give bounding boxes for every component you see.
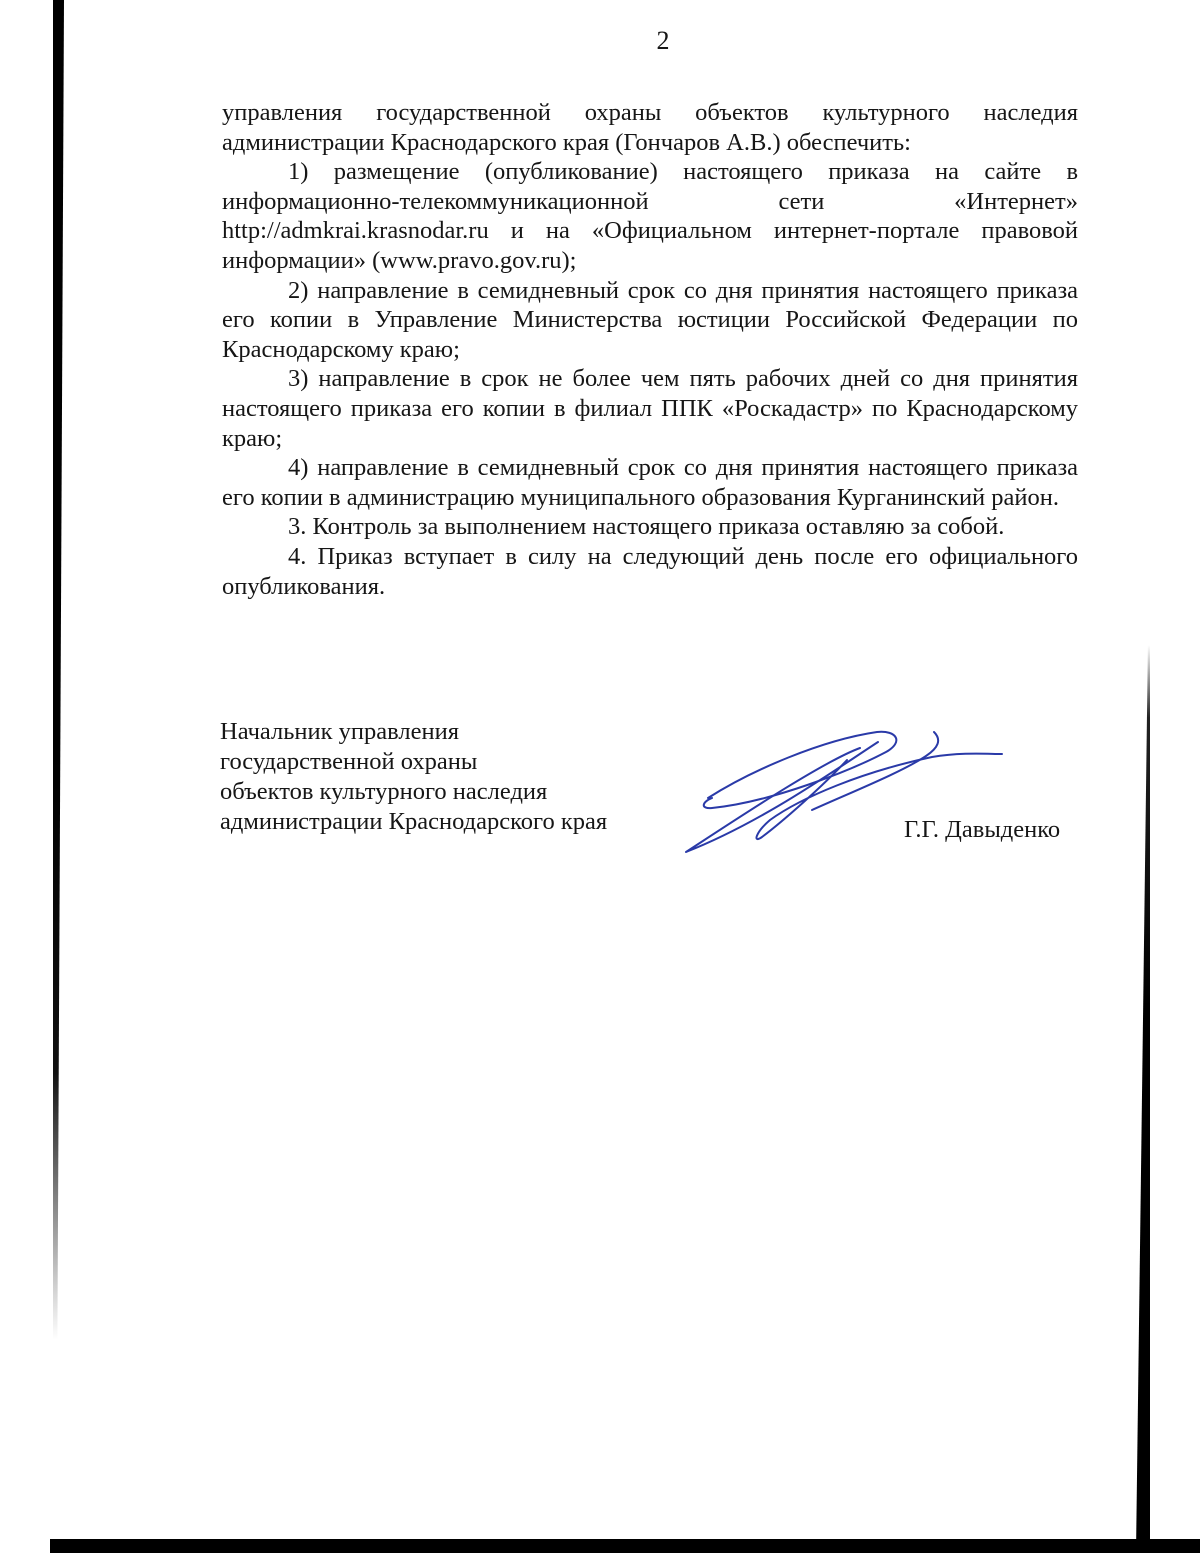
list-item: 2) направление в семидневный срок со дня… [222, 276, 1078, 365]
signer-position: Начальник управления государственной охр… [220, 717, 607, 837]
list-item-text: направление в семидневный срок со дня пр… [222, 454, 1078, 511]
list-item-label: 3) [288, 365, 308, 392]
signer-name: Г.Г. Давыденко [904, 816, 1060, 844]
clause-text: Приказ вступает в силу на следующий день… [222, 543, 1078, 600]
position-line: государственной охраны [220, 747, 607, 777]
clause-effective-date: 4. Приказ вступает в силу на следующий д… [222, 542, 1078, 601]
list-item-text: размещение (опубликование) настоящего пр… [222, 158, 1078, 274]
list-item-label: 2) [288, 277, 308, 304]
list-item-label: 4) [288, 454, 308, 481]
intro-paragraph: управления государственной охраны объект… [222, 98, 1078, 157]
list-item-text: направление в срок не более чем пять раб… [222, 365, 1078, 451]
clause-number: 3. [288, 513, 306, 540]
scan-border-right [1136, 645, 1150, 1553]
list-item-label: 1) [288, 158, 308, 185]
scan-border-left [53, 0, 64, 1340]
clause-text: Контроль за выполнением настоящего прика… [313, 513, 1005, 540]
position-line: Начальник управления [220, 717, 607, 747]
clause-number: 4. [288, 543, 306, 570]
list-item: 3) направление в срок не более чем пять … [222, 364, 1078, 453]
scan-border-bottom [50, 1539, 1200, 1553]
list-item-text: направление в семидневный срок со дня пр… [222, 277, 1078, 363]
position-line: администрации Краснодарского края [220, 807, 607, 837]
position-line: объектов культурного наследия [220, 777, 607, 807]
clause-control: 3. Контроль за выполнением настоящего пр… [222, 512, 1078, 542]
page-number: 2 [0, 26, 1200, 56]
list-item: 1) размещение (опубликование) настоящего… [222, 157, 1078, 275]
document-body: управления государственной охраны объект… [222, 98, 1078, 601]
list-item: 4) направление в семидневный срок со дня… [222, 453, 1078, 512]
